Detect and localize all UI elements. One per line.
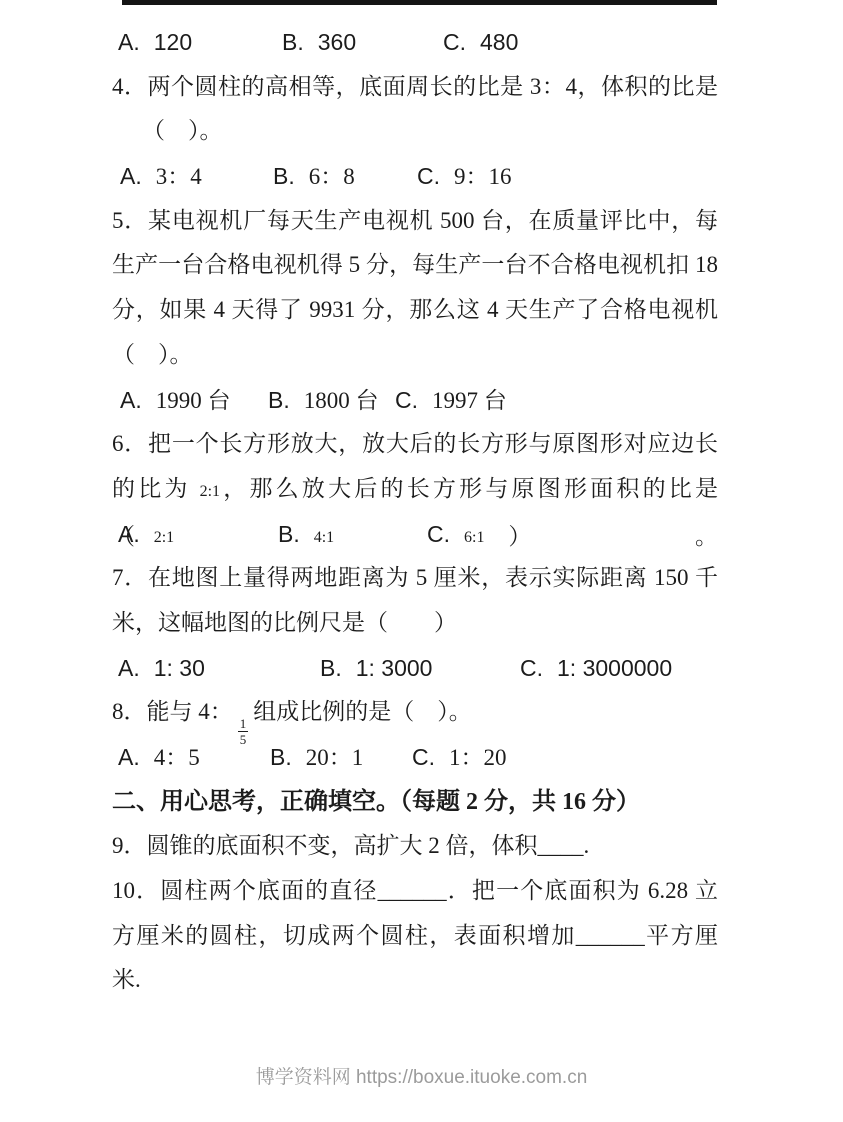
q7-option-b: B.1: 3000 <box>320 646 432 692</box>
q6-ratio-inline: 2:1 <box>200 483 220 500</box>
q4-text-line-1: 4．两个圆柱的高相等，底面周长的比是 3：4，体积的比是 <box>112 65 718 110</box>
q4-options-row: A.3：4 B.6：8 C.9：16 <box>112 154 718 199</box>
option-letter: A. <box>118 29 140 55</box>
fraction-numerator: 1 <box>238 717 249 731</box>
option-value: 120 <box>154 29 192 55</box>
q10-text-line-3: 米. <box>112 958 718 1003</box>
q4-option-c: C.9：16 <box>417 154 512 200</box>
option-letter: C. <box>417 163 440 189</box>
q10-text-line-1: 10．圆柱两个底面的直径______．把一个底面积为 6.28 立 <box>112 869 718 914</box>
option-value: 20：1 <box>306 745 364 770</box>
q7-text-line-2: 米，这幅地图的比例尺是（ ） <box>112 601 718 646</box>
option-letter: B. <box>282 29 304 55</box>
q5-text-line-2: 生产一台合格电视机得 5 分，每生产一台不合格电视机扣 18 <box>112 243 718 288</box>
option-letter: A. <box>120 163 142 189</box>
option-value: 1: 30 <box>154 655 205 681</box>
option-letter: B. <box>273 163 295 189</box>
option-letter: A. <box>118 655 140 681</box>
q5-option-a: A.1990 台 <box>120 378 230 424</box>
option-letter: A. <box>118 744 140 770</box>
q5-options-row: A.1990 台 B.1800 台 C.1997 台 <box>112 378 718 423</box>
q6-option-b: B.4:1 <box>278 512 334 561</box>
option-letter: B. <box>268 387 290 413</box>
q4-option-b: B.6：8 <box>273 154 355 200</box>
q10-text-line-2: 方厘米的圆柱，切成两个圆柱，表面积增加______平方厘 <box>112 914 718 959</box>
q6-option-c: C.6:1 <box>427 512 484 561</box>
option-value: 1：20 <box>449 745 507 770</box>
option-value: 9：16 <box>454 164 512 189</box>
option-letter: B. <box>278 521 300 547</box>
q8-pre: 8．能与 4： <box>112 699 233 724</box>
q4-answer-blank-line: （ ）。 <box>112 109 718 154</box>
option-letter: C. <box>412 744 435 770</box>
q3-option-b: B.360 <box>282 20 356 66</box>
q6-line2-pre: 的比为 <box>112 476 200 501</box>
option-value: 6:1 <box>464 529 484 546</box>
q8-post: 组成比例的是（ ）。 <box>253 699 472 724</box>
q7-option-c: C.1: 3000000 <box>520 646 672 692</box>
q5-option-b: B.1800 台 <box>268 378 378 424</box>
page-top-rule <box>122 0 717 5</box>
option-letter: A. <box>118 521 140 547</box>
q9-text-line: 9．圆锥的底面积不变，高扩大 2 倍，体积____. <box>112 824 718 869</box>
section-2-heading: 二、用心思考，正确填空。（每题 2 分，共 16 分） <box>112 780 718 825</box>
option-value: 1800 台 <box>304 388 379 413</box>
option-value: 2:1 <box>154 529 174 546</box>
option-letter: B. <box>270 744 292 770</box>
option-letter: C. <box>520 655 543 681</box>
option-value: 6：8 <box>309 164 355 189</box>
option-value: 1990 台 <box>156 388 231 413</box>
q5-text-line-3: 分，如果 4 天得了 9931 分，那么这 4 天生产了合格电视机 <box>112 288 718 333</box>
option-value: 480 <box>480 29 518 55</box>
option-value: 4:1 <box>314 529 334 546</box>
q3-options-row: A.120 B.360 C.480 <box>112 20 718 65</box>
option-letter: A. <box>120 387 142 413</box>
q6-options-row: A.2:1 B.4:1 C.6:1 <box>112 512 718 557</box>
q6-option-a: A.2:1 <box>118 512 174 561</box>
footer-watermark: 博学资料网 https://boxue.ituoke.com.cn <box>0 1063 843 1093</box>
q7-option-a: A.1: 30 <box>118 646 205 692</box>
option-value: 1: 3000 <box>356 655 433 681</box>
q6-text-line-2: 的比为 2:1，那么放大后的长方形与原图形面积的比是（ ）。 <box>112 467 718 512</box>
option-value: 4：5 <box>154 745 200 770</box>
option-value: 3：4 <box>156 164 202 189</box>
option-letter: C. <box>443 29 466 55</box>
option-value: 360 <box>318 29 356 55</box>
q4-option-a: A.3：4 <box>120 154 202 200</box>
q7-options-row: A.1: 30 B.1: 3000 C.1: 3000000 <box>112 646 718 691</box>
q8-option-a: A.4：5 <box>118 735 200 781</box>
option-letter: C. <box>395 387 418 413</box>
q6-text-line-1: 6．把一个长方形放大，放大后的长方形与原图形对应边长 <box>112 422 718 467</box>
q8-text-line: 8．能与 4：15组成比例的是（ ）。 <box>112 690 718 735</box>
q3-option-a: A.120 <box>118 20 192 66</box>
option-letter: B. <box>320 655 342 681</box>
q5-option-c: C.1997 台 <box>395 378 507 424</box>
option-letter: C. <box>427 521 450 547</box>
option-value: 1: 3000000 <box>557 655 672 681</box>
q8-option-c: C.1：20 <box>412 735 507 781</box>
q8-options-row: A.4：5 B.20：1 C.1：20 <box>112 735 718 780</box>
exam-page-content: A.120 B.360 C.480 4．两个圆柱的高相等，底面周长的比是 3：4… <box>112 20 718 1003</box>
q3-option-c: C.480 <box>443 20 518 66</box>
option-value: 1997 台 <box>432 388 507 413</box>
q5-answer-blank-line: （ ）。 <box>112 333 718 378</box>
q7-text-line-1: 7．在地图上量得两地距离为 5 厘米，表示实际距离 150 千 <box>112 556 718 601</box>
q8-option-b: B.20：1 <box>270 735 363 781</box>
q5-text-line-1: 5．某电视机厂每天生产电视机 500 台，在质量评比中，每 <box>112 199 718 244</box>
